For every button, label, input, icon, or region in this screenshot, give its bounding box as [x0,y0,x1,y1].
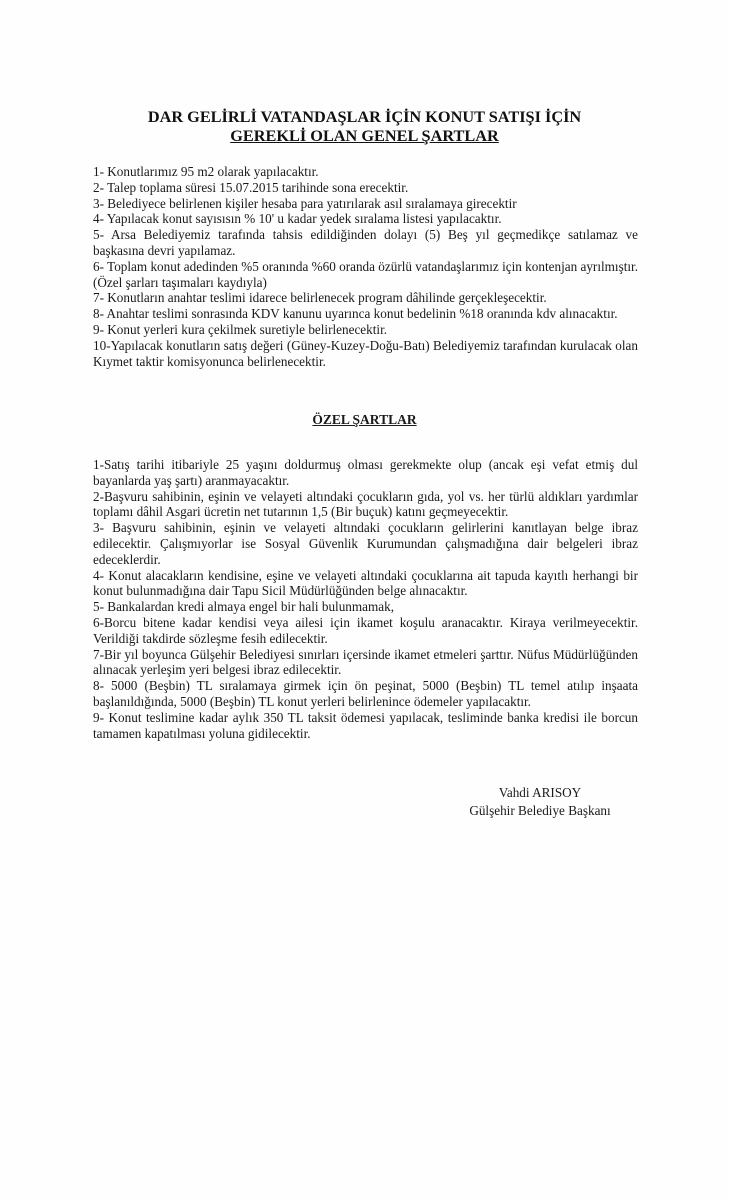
document-page: DAR GELİRLİ VATANDAŞLAR İÇİN KONUT SATIŞ… [0,0,729,1200]
general-conditions-list: 1- Konutlarımız 95 m2 olarak yapılacaktı… [93,164,638,369]
general-condition-10: 10-Yapılacak konutların satış değeri (Gü… [93,338,638,370]
general-condition-7: 7- Konutların anahtar teslimi idarece be… [93,290,638,306]
special-condition-5: 5- Bankalardan kredi almaya engel bir ha… [93,599,638,615]
general-condition-5: 5- Arsa Belediyemiz tarafında tahsis edi… [93,227,638,259]
special-condition-3: 3- Başvuru sahibinin, eşinin ve velayeti… [93,520,638,567]
general-condition-3: 3- Belediyece belirlenen kişiler hesaba … [93,196,638,212]
special-conditions-heading: ÖZEL ŞARTLAR [0,412,729,428]
general-condition-9: 9- Konut yerleri kura çekilmek suretiyle… [93,322,638,338]
general-condition-6: 6- Toplam konut adedinden %5 oranında %6… [93,259,638,291]
special-condition-9: 9- Konut teslimine kadar aylık 350 TL ta… [93,710,638,742]
signature-block: Vahdi ARISOY Gülşehir Belediye Başkanı [440,784,640,820]
document-title-line2: GEREKLİ OLAN GENEL ŞARTLAR [0,126,729,146]
signatory-role: Gülşehir Belediye Başkanı [440,802,640,820]
special-condition-1: 1-Satış tarihi itibariyle 25 yaşını dold… [93,457,638,489]
general-condition-8: 8- Anahtar teslimi sonrasında KDV kanunu… [93,306,638,322]
special-condition-8: 8- 5000 (Beşbin) TL sıralamaya girmek iç… [93,678,638,710]
special-condition-2: 2-Başvuru sahibinin, eşinin ve velayeti … [93,489,638,521]
document-title-line1: DAR GELİRLİ VATANDAŞLAR İÇİN KONUT SATIŞ… [0,107,729,127]
general-condition-4: 4- Yapılacak konut sayısısın % 10' u kad… [93,211,638,227]
special-condition-4: 4- Konut alacakların kendisine, eşine ve… [93,568,638,600]
special-conditions-list: 1-Satış tarihi itibariyle 25 yaşını dold… [93,457,638,741]
general-condition-1: 1- Konutlarımız 95 m2 olarak yapılacaktı… [93,164,638,180]
special-condition-7: 7-Bir yıl boyunca Gülşehir Belediyesi sı… [93,647,638,679]
special-condition-6: 6-Borcu bitene kadar kendisi veya ailesi… [93,615,638,647]
general-condition-2: 2- Talep toplama süresi 15.07.2015 tarih… [93,180,638,196]
signatory-name: Vahdi ARISOY [440,784,640,802]
